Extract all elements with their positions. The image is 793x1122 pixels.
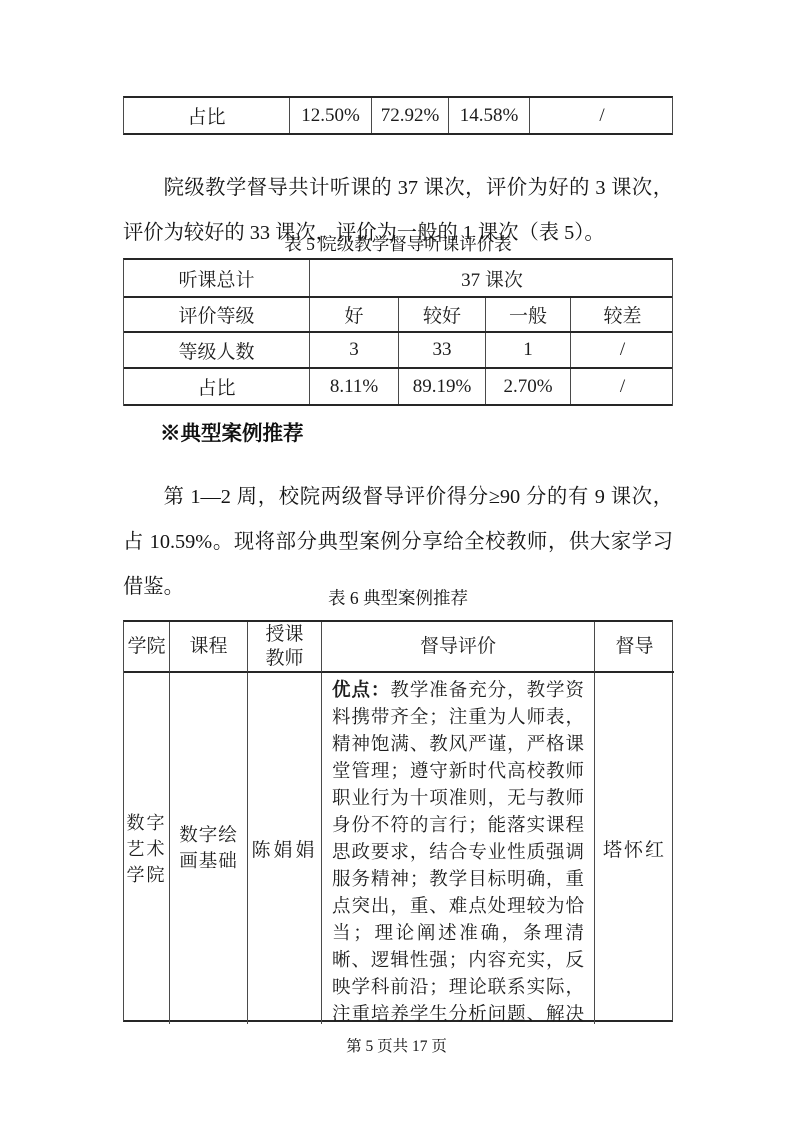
table5-grade-cell: 较好 (398, 298, 485, 331)
table5-grade-cell: 好 (309, 298, 398, 331)
table5-percentage-cell: 2.70% (485, 369, 570, 404)
table4-tail-row: 占比 12.50% 72.92% 14.58% / (123, 96, 673, 135)
table6-header-supervisor: 督导 (594, 622, 674, 673)
table5-count-cell: 3 (309, 333, 398, 367)
page-number-footer: 第 5 页共 17 页 (0, 1036, 793, 1058)
table5-count-cell: / (570, 333, 674, 367)
table6-cell-course: 数字绘画基础 (169, 673, 247, 1024)
table5-row-counts: 等级人数 3 33 1 / (124, 333, 672, 369)
table6-header-evaluation: 督导评价 (321, 622, 594, 673)
table6-header-course: 课程 (169, 622, 247, 673)
table6-caption: 表 6 典型案例推荐 (123, 584, 673, 612)
table4-value-cell: / (529, 98, 674, 133)
document-page: 占比 12.50% 72.92% 14.58% / 院级教学督导共计听课的 37… (0, 0, 793, 1122)
table5-grades-label: 评价等级 (124, 298, 309, 331)
table5-dept-supervision: 听课总计 37 课次 评价等级 好 较好 一般 较差 等级人数 3 33 1 /… (123, 258, 673, 406)
table4-label-cell: 占比 (124, 98, 289, 133)
table6-cell-teacher: 陈娟娟 (247, 673, 321, 1024)
table5-percentage-cell: 89.19% (398, 369, 485, 404)
table5-counts-label: 等级人数 (124, 333, 309, 367)
table6-header-teacher: 授课教师 (247, 622, 321, 673)
table5-row-total: 听课总计 37 课次 (124, 260, 672, 298)
table5-count-cell: 1 (485, 333, 570, 367)
table5-count-cell: 33 (398, 333, 485, 367)
evaluation-strengths-label: 优点： (332, 681, 390, 701)
table6-cell-college: 数字艺术学院 (124, 673, 169, 1024)
table6-header-college: 学院 (124, 622, 169, 673)
table6-typical-cases: 学院 课程 授课教师 督导评价 督导 数字艺术学院 数字绘画基础 陈娟娟 优点：… (123, 620, 673, 1022)
table5-percentage-cell: / (570, 369, 674, 404)
table5-row-percentage: 占比 8.11% 89.19% 2.70% / (124, 369, 672, 406)
table5-percentage-label: 占比 (124, 369, 309, 404)
table5-grade-cell: 一般 (485, 298, 570, 331)
table4-value-cell: 14.58% (448, 98, 529, 133)
table5-row-grades: 评价等级 好 较好 一般 较差 (124, 298, 672, 333)
table5-percentage-cell: 8.11% (309, 369, 398, 404)
table6-cell-supervisor: 塔怀红 (594, 673, 674, 1024)
evaluation-strengths-text: 教学准备充分，教学资料携带齐全；注重为人师表，精神饱满、教风严谨，严格课堂管理；… (332, 681, 584, 1024)
table5-grade-cell: 较差 (570, 298, 674, 331)
table5-total-label: 听课总计 (124, 260, 309, 296)
table6-cell-evaluation: 优点：教学准备充分，教学资料携带齐全；注重为人师表，精神饱满、教风严谨，严格课堂… (321, 673, 594, 1024)
table5-caption: 表 5 院级教学督导听课评价表 (123, 230, 673, 258)
table4-value-cell: 12.50% (289, 98, 371, 133)
table5-total-value: 37 课次 (309, 260, 674, 296)
table4-value-cell: 72.92% (371, 98, 448, 133)
section-heading-typical-cases: ※典型案例推荐 (123, 420, 673, 448)
